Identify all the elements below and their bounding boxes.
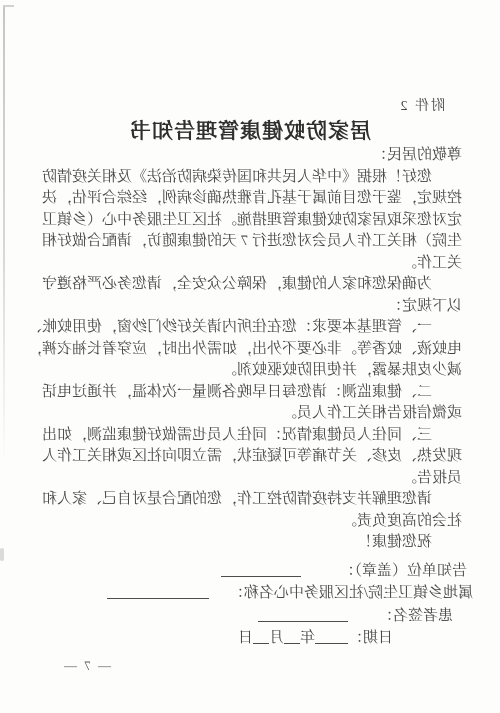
body-line: 生院）相关工作人员会对您进行 7 天的健康随访，请配合做好相	[38, 231, 462, 253]
signature-line-unit: 告知单位（盖章）：	[32, 560, 467, 582]
date-year-blank	[315, 630, 348, 644]
date-month-unit: 月	[269, 630, 284, 646]
unit-signature-blank	[221, 563, 301, 577]
body-line: 请您理解并支持疫情防控工作，您的配合是对自己、家人和	[38, 489, 462, 511]
body-line: 员报告。	[38, 468, 462, 490]
body-line: 二、健康监测：请您每日早晚各测量一次体温，并通过电话	[38, 382, 462, 404]
body-line: 社会的高度负责。	[38, 511, 462, 533]
body-line: 您好！根据《中华人民共和国传染病防治法》及相关疫情防	[38, 167, 462, 189]
body-line: 电蚊液、蚊香等。非必要不外出，如需外出时，应穿着长袖衣裤，	[38, 339, 462, 361]
date-label: 日期：	[348, 630, 393, 646]
date-day-blank	[253, 630, 269, 644]
body-line: 尊敬的居民：	[38, 145, 462, 167]
date-month-blank	[284, 630, 300, 644]
document-body: 尊敬的居民：您好！根据《中华人民共和国传染病防治法》及相关疫情防控规定，鉴于您目…	[38, 145, 462, 554]
scan-edge-tick	[3, 5, 14, 7]
attachment-label: 附件 2	[399, 95, 446, 115]
mirrored-sheet: 附件 2 居家防蚊健康管理告知书 尊敬的居民：您好！根据《中华人民共和国传染病防…	[0, 0, 500, 713]
body-line: 控规定，鉴于您目前属于基孔肯雅热确诊病例，经综合评估，决	[38, 188, 462, 210]
date-year-unit: 年	[300, 630, 315, 646]
body-line: 现发热、皮疹、关节痛等可疑症状，需立即向社区或相关工作人	[38, 446, 462, 468]
body-line: 减少皮肤暴露，并使用防蚊驱蚊剂。	[38, 360, 462, 382]
signature-line-org: 属地乡镇卫生院/社区服务中心名称：	[32, 582, 473, 604]
scan-noise-speck	[0, 548, 4, 561]
scanned-document-page: 附件 2 居家防蚊健康管理告知书 尊敬的居民：您好！根据《中华人民共和国传染病防…	[0, 0, 500, 713]
body-line: 祝您健康！	[38, 532, 462, 554]
body-line: 以下规定：	[38, 296, 462, 318]
body-line: 或微信报告相关工作人员。	[38, 403, 462, 425]
body-line: 为确保您和家人的健康，保障公众安全，请您务必严格遵守	[38, 274, 462, 296]
body-line: 三、同住人员健康情况：同住人员也需做好健康监测，如出	[38, 425, 462, 447]
body-line: 一、管理基本要求：您在住所内请关好纱门纱窗，使用蚊帐、	[38, 317, 462, 339]
date-day-unit: 日	[238, 630, 253, 646]
unit-seal-label: 告知单位（盖章）：	[339, 563, 467, 579]
body-line: 关工作。	[38, 253, 462, 275]
signature-line-date: 日期：年月日	[32, 627, 393, 649]
patient-signature-label: 患者签名：	[378, 608, 453, 624]
footer-page-number: — 7 —	[62, 658, 111, 674]
patient-signature-blank	[258, 608, 348, 622]
signature-line-patient: 患者签名：	[32, 605, 453, 627]
page-title: 居家防蚊健康管理告知书	[0, 115, 500, 145]
scan-edge-line	[3, 5, 5, 465]
body-line: 定对您采取居家防蚊健康管理措施。社区卫生服务中心（乡镇卫	[38, 210, 462, 232]
signature-block: 告知单位（盖章）： 属地乡镇卫生院/社区服务中心名称： 患者签名： 日期：年月日	[32, 560, 462, 650]
org-name-blank	[107, 585, 209, 599]
org-name-label: 属地乡镇卫生院/社区服务中心名称：	[229, 585, 473, 601]
